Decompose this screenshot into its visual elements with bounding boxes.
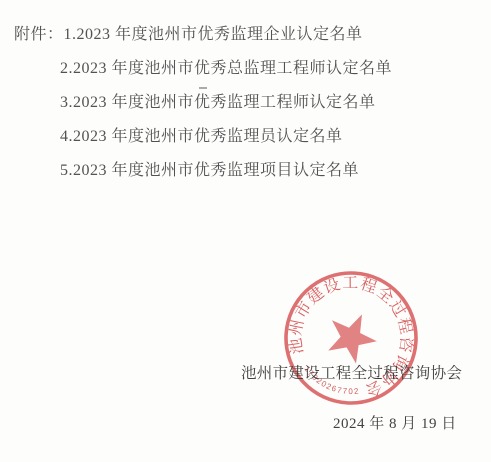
document-page: 附件：1.2023 年度池州市优秀监理企业认定名单 2.2023 年度池州市优秀… [0, 0, 491, 462]
official-seal: 池州市建设工程全过程咨询协会 17020267702 [266, 253, 436, 423]
attachment-item-3: 3.2023 年度池州市优秀监理工程师认定名单 [60, 94, 376, 111]
attachment-label: 附件： [14, 26, 64, 43]
scan-artifact-dash [199, 87, 207, 89]
attachment-item-5: 5.2023 年度池州市优秀监理项目认定名单 [60, 162, 359, 179]
attachment-line: 附件：1.2023 年度池州市优秀监理企业认定名单 [14, 18, 392, 52]
attachment-line: 3.2023 年度池州市优秀监理工程师认定名单 [14, 86, 392, 120]
attachment-item-2: 2.2023 年度池州市优秀总监理工程师认定名单 [60, 60, 392, 77]
attachment-item-1: 1.2023 年度池州市优秀监理企业认定名单 [64, 26, 363, 43]
attachment-line: 4.2023 年度池州市优秀监理员认定名单 [14, 120, 392, 154]
attachment-line: 2.2023 年度池州市优秀总监理工程师认定名单 [14, 52, 392, 86]
attachment-line: 5.2023 年度池州市优秀监理项目认定名单 [14, 154, 392, 188]
attachment-list: 附件：1.2023 年度池州市优秀监理企业认定名单 2.2023 年度池州市优秀… [14, 18, 392, 188]
signature-date: 2024 年 8 月 19 日 [333, 412, 457, 433]
attachment-item-4: 4.2023 年度池州市优秀监理员认定名单 [60, 128, 343, 145]
seal-star-icon [320, 304, 385, 367]
organization-name: 池州市建设工程全过程咨询协会 [241, 361, 462, 383]
